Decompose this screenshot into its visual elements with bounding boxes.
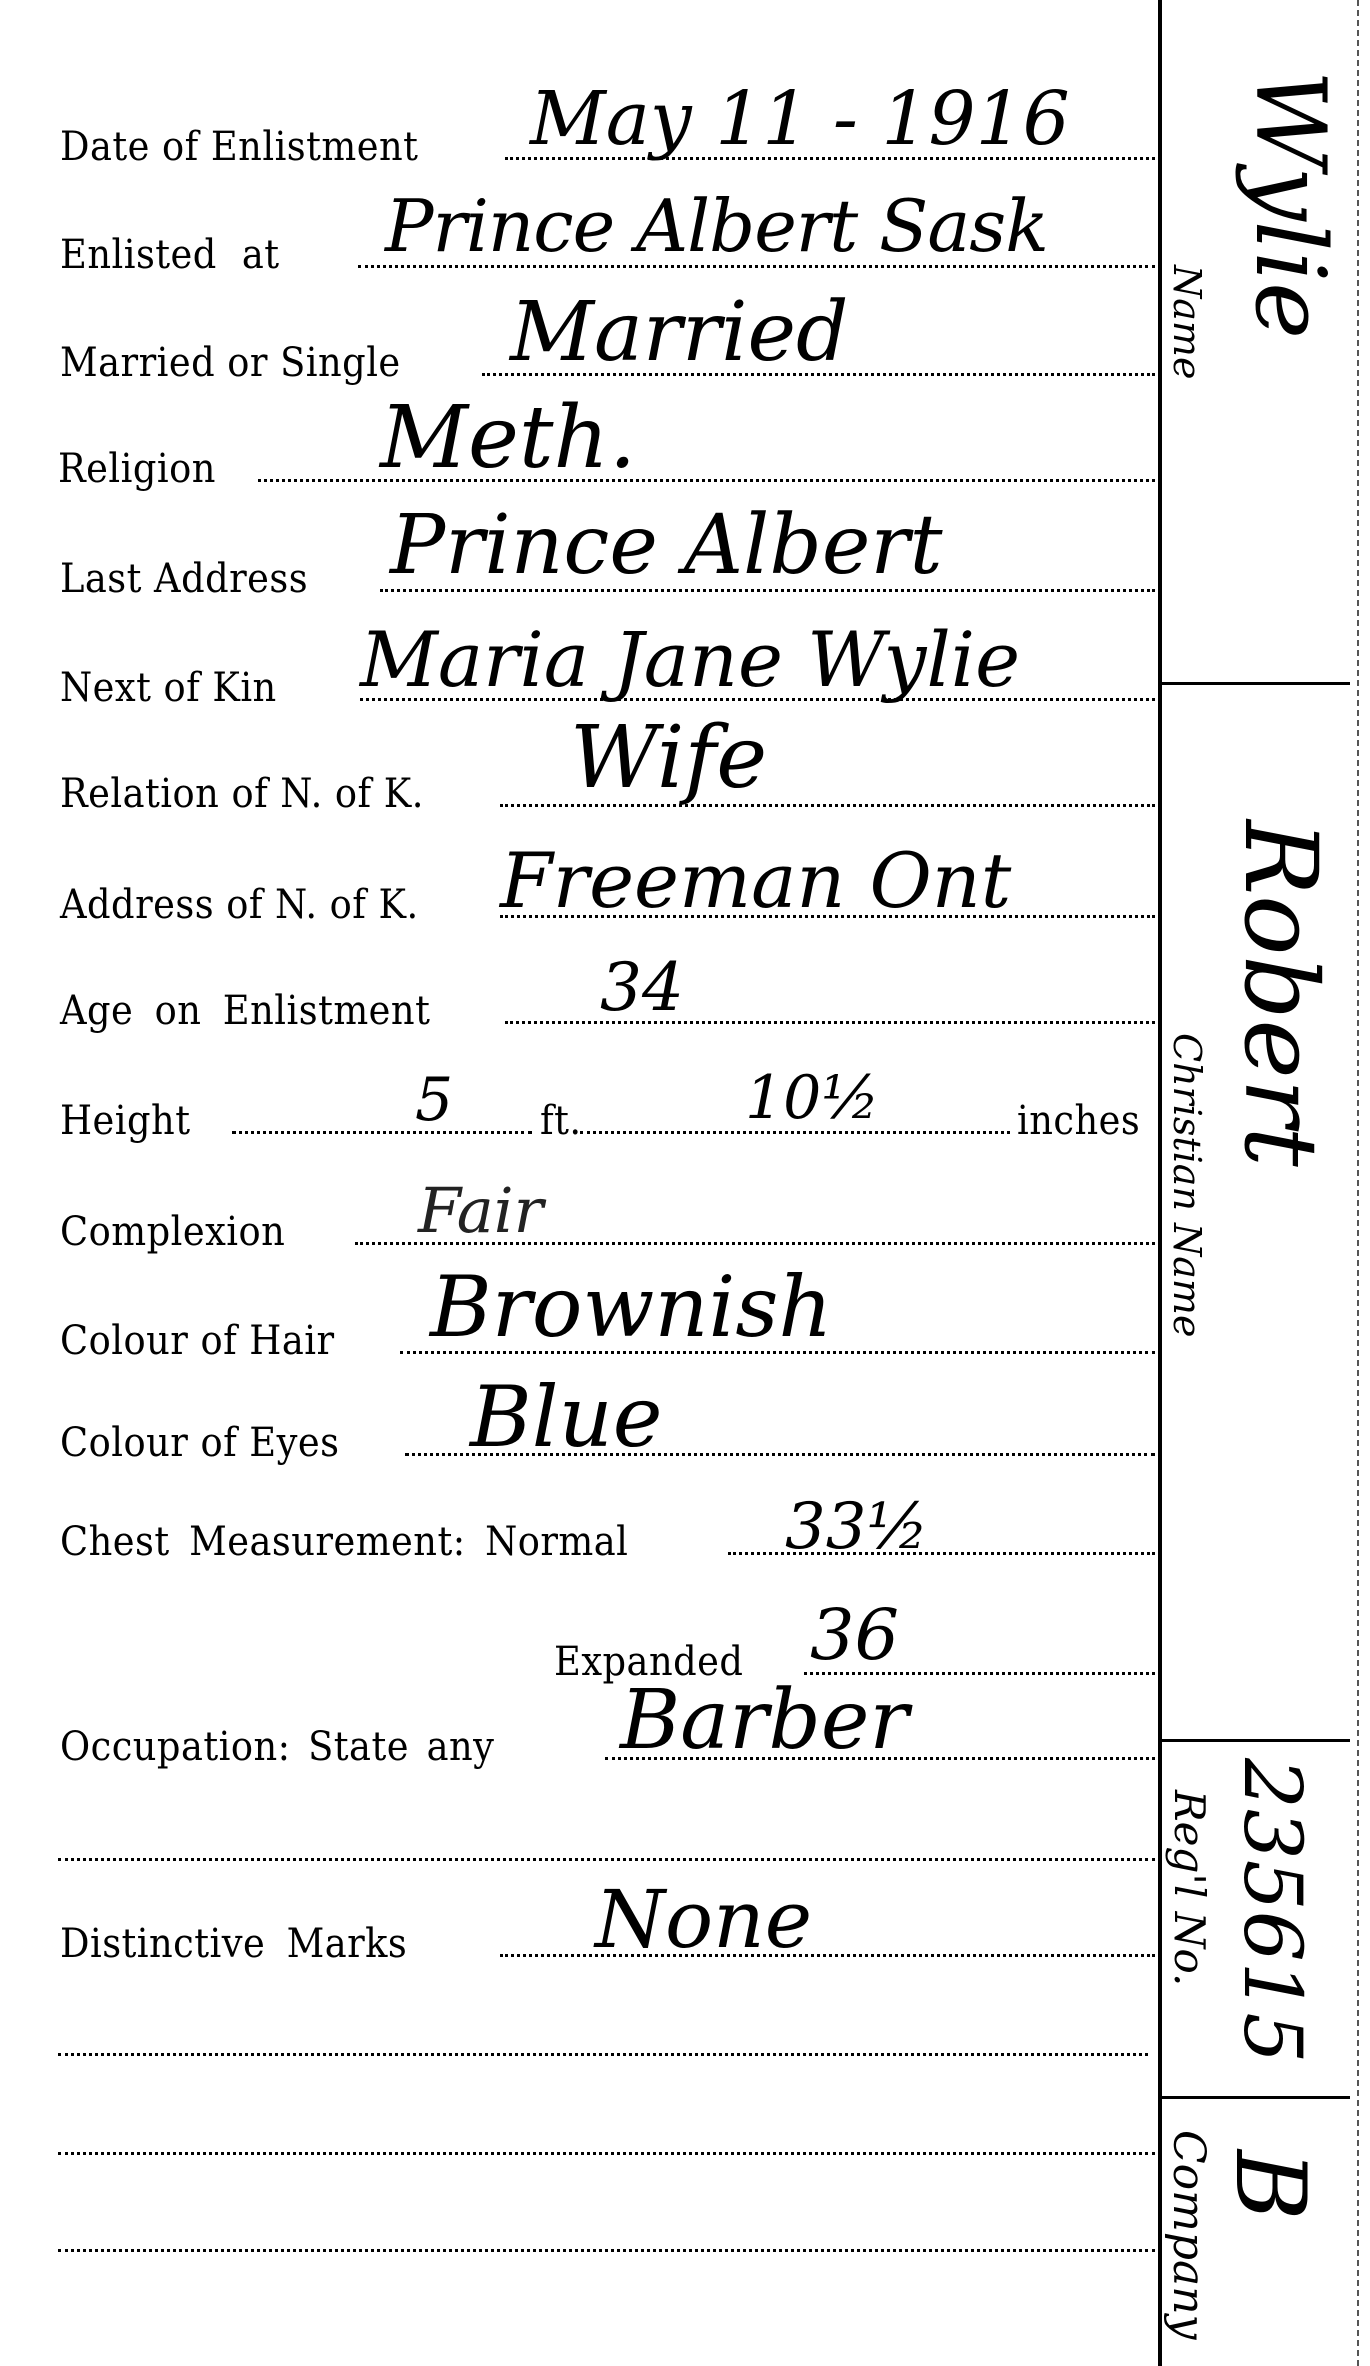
label-age-on-enlistment: Age on Enlistment: [60, 991, 430, 1031]
label-next-of-kin: Next of Kin: [60, 668, 277, 708]
card-right-edge: [1357, 0, 1359, 2366]
value-religion: Meth.: [380, 395, 636, 481]
value-age-on-enlistment: 34: [600, 955, 684, 1021]
value-chest-normal: 33½: [785, 1495, 928, 1559]
label-colour-of-hair: Colour of Hair: [60, 1321, 335, 1361]
label-height: Height: [60, 1101, 190, 1141]
value-name: Wylie: [1242, 70, 1338, 339]
label-relation-of-nok: Relation of N. of K.: [60, 774, 424, 814]
attestation-card: Date of Enlistment May 11 - 1916 Enliste…: [0, 0, 1370, 2366]
label-height-inches-unit: inches: [1017, 1101, 1140, 1141]
value-height-feet: 5: [415, 1070, 453, 1130]
value-christian-name: Robert: [1230, 820, 1330, 1167]
label-occupation: Occupation: State any: [60, 1727, 494, 1767]
label-regimental-no: Reg'l No.: [1168, 1790, 1210, 1986]
dotted-line-blank: [58, 1858, 1155, 1861]
value-complexion: Fair: [418, 1180, 543, 1242]
label-address-of-nok: Address of N. of K.: [60, 885, 419, 925]
panel-divider: [1158, 0, 1162, 2366]
value-chest-expanded: 36: [810, 1600, 899, 1670]
label-christian-name: Christian Name: [1168, 1033, 1206, 1337]
label-married-or-single: Married or Single: [60, 343, 401, 383]
label-enlisted-at: Enlisted at: [60, 235, 279, 275]
dotted-line-blank: [58, 2053, 1148, 2056]
dotted-line-blank: [58, 2152, 1155, 2155]
panel-separator: [1162, 1739, 1350, 1742]
label-name: Name: [1168, 265, 1206, 379]
label-company: Company: [1166, 2130, 1210, 2339]
label-complexion: Complexion: [60, 1212, 285, 1252]
label-last-address: Last Address: [60, 559, 308, 599]
value-last-address: Prince Albert: [390, 505, 943, 587]
dotted-line: [232, 1131, 532, 1134]
value-height-inches: 10½: [745, 1068, 880, 1128]
label-distinctive-marks: Distinctive Marks: [60, 1924, 407, 1964]
value-relation-of-nok: Wife: [570, 715, 767, 801]
value-next-of-kin: Maria Jane Wylie: [360, 622, 1020, 698]
label-colour-of-eyes: Colour of Eyes: [60, 1423, 339, 1463]
label-chest-normal: Chest Measurement: Normal: [60, 1522, 628, 1562]
value-colour-of-eyes: Blue: [470, 1375, 662, 1459]
value-address-of-nok: Freeman Ont: [500, 843, 1011, 919]
label-date-of-enlistment: Date of Enlistment: [60, 127, 418, 167]
value-company: B: [1222, 2150, 1318, 2221]
value-married-or-single: Married: [510, 292, 849, 374]
label-religion: Religion: [58, 449, 216, 489]
value-date-of-enlistment: May 11 - 1916: [530, 82, 1070, 156]
value-distinctive-marks: None: [595, 1880, 812, 1960]
panel-separator: [1162, 2096, 1350, 2099]
value-regimental-no: 235615: [1232, 1758, 1312, 2063]
value-occupation: Barber: [620, 1680, 909, 1762]
panel-separator: [1162, 682, 1350, 685]
dotted-line-blank: [58, 2249, 1155, 2252]
value-enlisted-at: Prince Albert Sask: [385, 190, 1048, 262]
label-height-feet-unit: ft.: [540, 1101, 581, 1141]
value-colour-of-hair: Brownish: [430, 1265, 833, 1349]
